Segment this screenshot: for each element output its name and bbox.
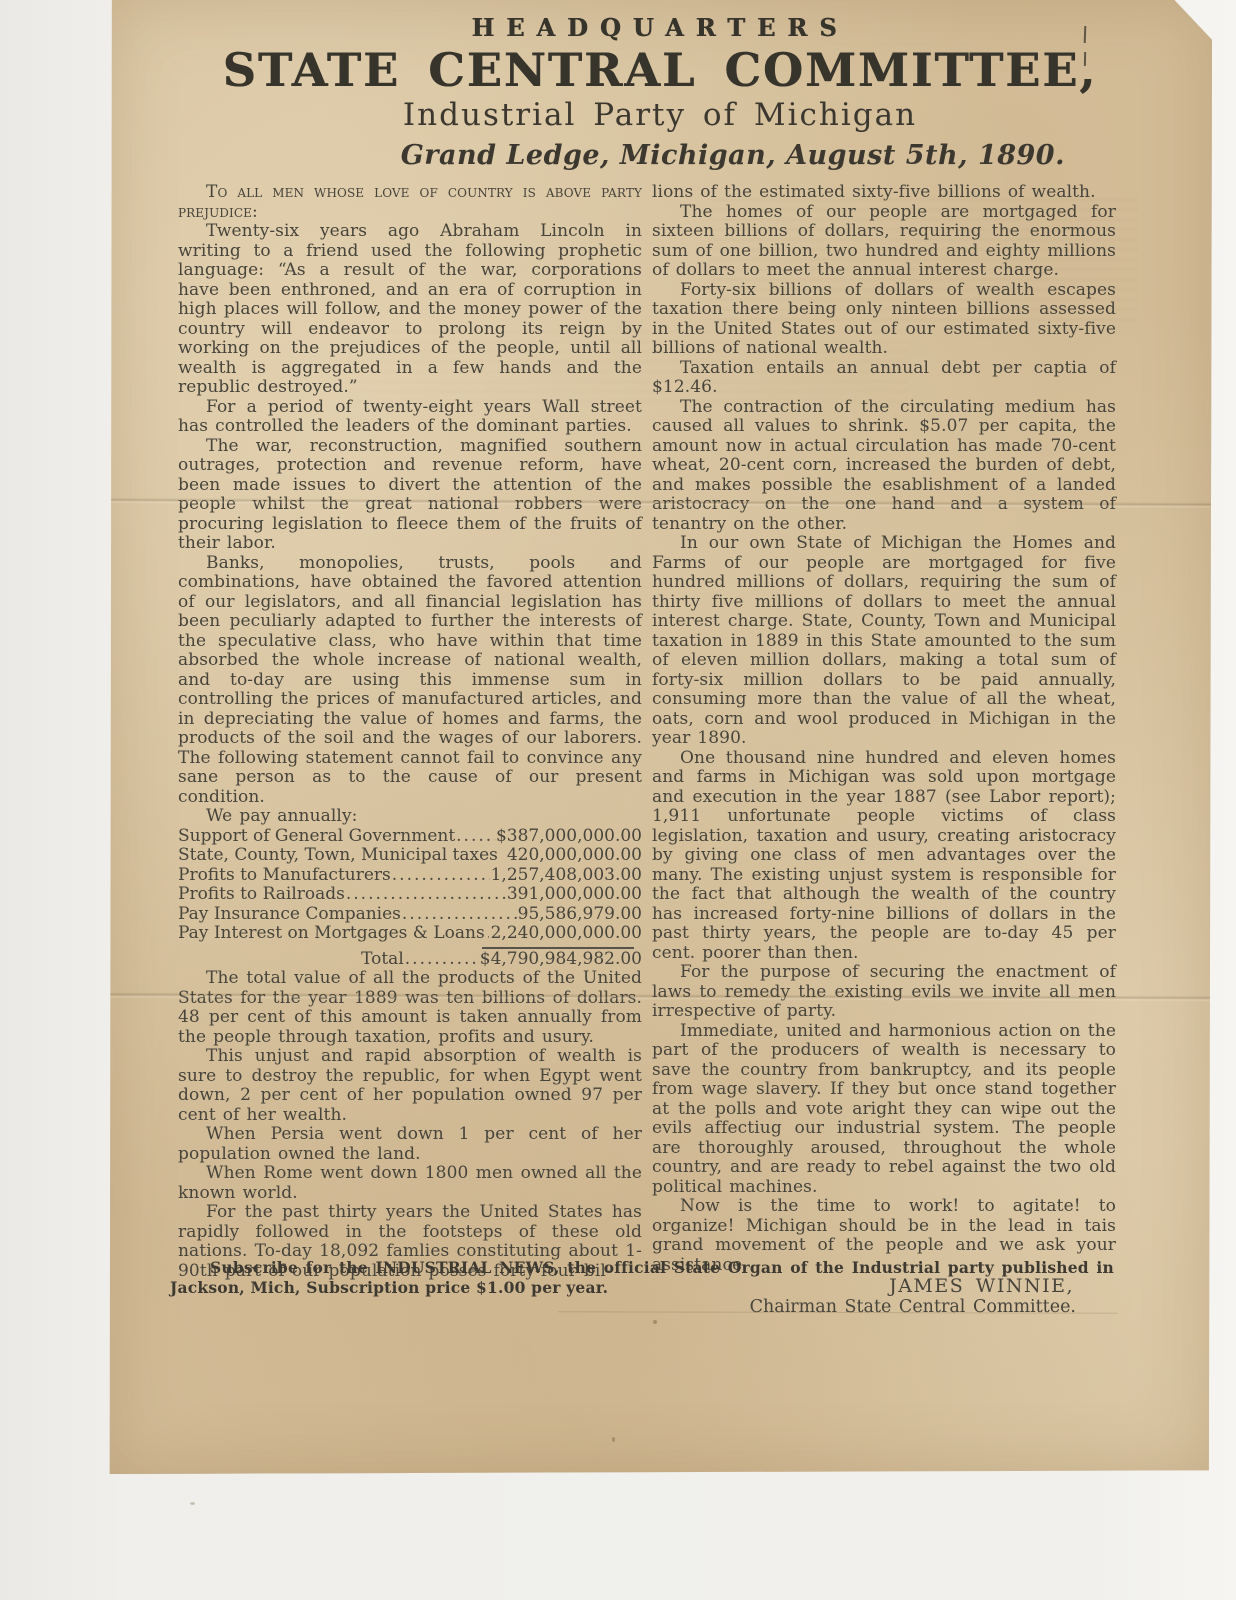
left-column: To all men whose love of country is abov…	[178, 183, 642, 1318]
payment-label: Profits to Manufacturers	[178, 866, 391, 886]
backing-speck	[190, 1502, 195, 1505]
paragraph-immediate-action: Immediate, united and harmonious action …	[652, 1022, 1116, 1198]
payment-value: 420,000,000.00	[507, 846, 642, 866]
scan-background: HEADQUARTERS STATE CENTRAL COMMITTEE, In…	[0, 0, 1236, 1600]
paragraph-rome: When Rome went down 1800 men owned all t…	[178, 1164, 642, 1203]
body-columns: To all men whose love of country is abov…	[178, 183, 1116, 1318]
paragraph-war-reconstruction: The war, reconstruction, magnified south…	[178, 437, 642, 554]
document-sheet: HEADQUARTERS STATE CENTRAL COMMITTEE, In…	[108, 0, 1212, 1474]
paragraph-egypt: This unjust and rapid absorption of weal…	[178, 1047, 642, 1125]
paragraph-continuation: lions of the estimated sixty-five billio…	[652, 183, 1116, 203]
total-label: Total	[361, 950, 404, 970]
paragraph-wall-street: For a period of twenty-eight years Wall …	[178, 398, 642, 437]
payment-row: Support of General Government $387,000,0…	[178, 827, 642, 847]
masthead: HEADQUARTERS STATE CENTRAL COMMITTEE, In…	[108, 0, 1212, 170]
payment-row: Profits to Manufacturers 1,257,408,003.0…	[178, 866, 642, 886]
payment-value: $387,000,000.00	[496, 827, 642, 847]
payment-label: State, County, Town, Municipal taxes	[178, 846, 498, 866]
paragraph-banks-monopolies: Banks, monopolies, trusts, pools and com…	[178, 554, 642, 808]
payment-value: 1,257,408,003.00	[491, 866, 642, 886]
masthead-committee: STATE CENTRAL COMMITTEE,	[108, 47, 1212, 93]
paragraph-taxation-debt: Taxation entails an annual debt per capt…	[652, 359, 1116, 398]
payment-label: Pay Interest on Mortgages & Loans	[178, 924, 485, 944]
dot-leader	[405, 950, 479, 970]
masthead-headquarters: HEADQUARTERS	[108, 16, 1212, 40]
signature-title: Chairman State Central Committee.	[652, 1297, 1116, 1318]
paragraph-lincoln-quote: Twenty-six years ago Abraham Lincoln in …	[178, 222, 642, 398]
payment-row: Pay Interest on Mortgages & Loans 2,240,…	[178, 924, 642, 944]
dot-leader	[402, 905, 517, 925]
payment-row: State, County, Town, Municipal taxes 420…	[178, 846, 642, 866]
masthead-party: Industrial Party of Michigan	[108, 99, 1212, 132]
dot-leader	[487, 924, 489, 944]
total-value: $4,790,984,982.00	[480, 950, 642, 970]
dot-leader	[392, 866, 490, 886]
right-column: lions of the estimated sixty-five billio…	[652, 183, 1116, 1318]
paragraph-1911-homes: One thousand nine hundred and eleven hom…	[652, 749, 1116, 964]
payment-row: Pay Insurance Companies 95,586,979.00	[178, 905, 642, 925]
paragraph-persia: When Persia went down 1 per cent of her …	[178, 1125, 642, 1164]
dot-leader	[502, 846, 503, 866]
paragraph-homes-mortgaged: The homes of our people are mortgaged fo…	[652, 203, 1116, 281]
paragraph-contraction-medium: The contraction of the circulating mediu…	[652, 398, 1116, 535]
dot-leader	[346, 885, 506, 905]
paragraph-enactment-of-laws: For the purpose of securing the enactmen…	[652, 963, 1116, 1022]
total-row: Total $4,790,984,982.00	[178, 950, 642, 970]
payment-value: 95,586,979.00	[518, 905, 642, 925]
salutation: To all men whose love of country is abov…	[178, 183, 642, 222]
dateline: Grand Ledge, Michigan, August 5th, 1890.	[108, 141, 1212, 171]
paper-speck	[653, 1320, 657, 1324]
backing-speck	[612, 1437, 615, 1442]
dot-leader	[456, 827, 495, 847]
paragraph-total-value: The total value of all the products of t…	[178, 969, 642, 1047]
paragraph-wealth-escapes-taxation: Forty-six billions of dollars of wealth …	[652, 281, 1116, 359]
payment-label: Support of General Government	[178, 827, 455, 847]
payment-label: Profits to Railroads	[178, 885, 345, 905]
printers-mark	[1084, 52, 1086, 66]
payment-value: 2,240,000,000.00	[491, 924, 642, 944]
payment-row: Profits to Railroads 391,000,000.00	[178, 885, 642, 905]
subscription-notice: Subscribe for the INDUSTRIAL NEWS, the o…	[170, 1258, 1114, 1298]
payment-label: Pay Insurance Companies	[178, 905, 401, 925]
paragraph-michigan-mortgages: In our own State of Michigan the Homes a…	[652, 534, 1116, 749]
paragraph-pay-intro: We pay annually:	[178, 807, 642, 827]
payment-value: 391,000,000.00	[507, 885, 642, 905]
